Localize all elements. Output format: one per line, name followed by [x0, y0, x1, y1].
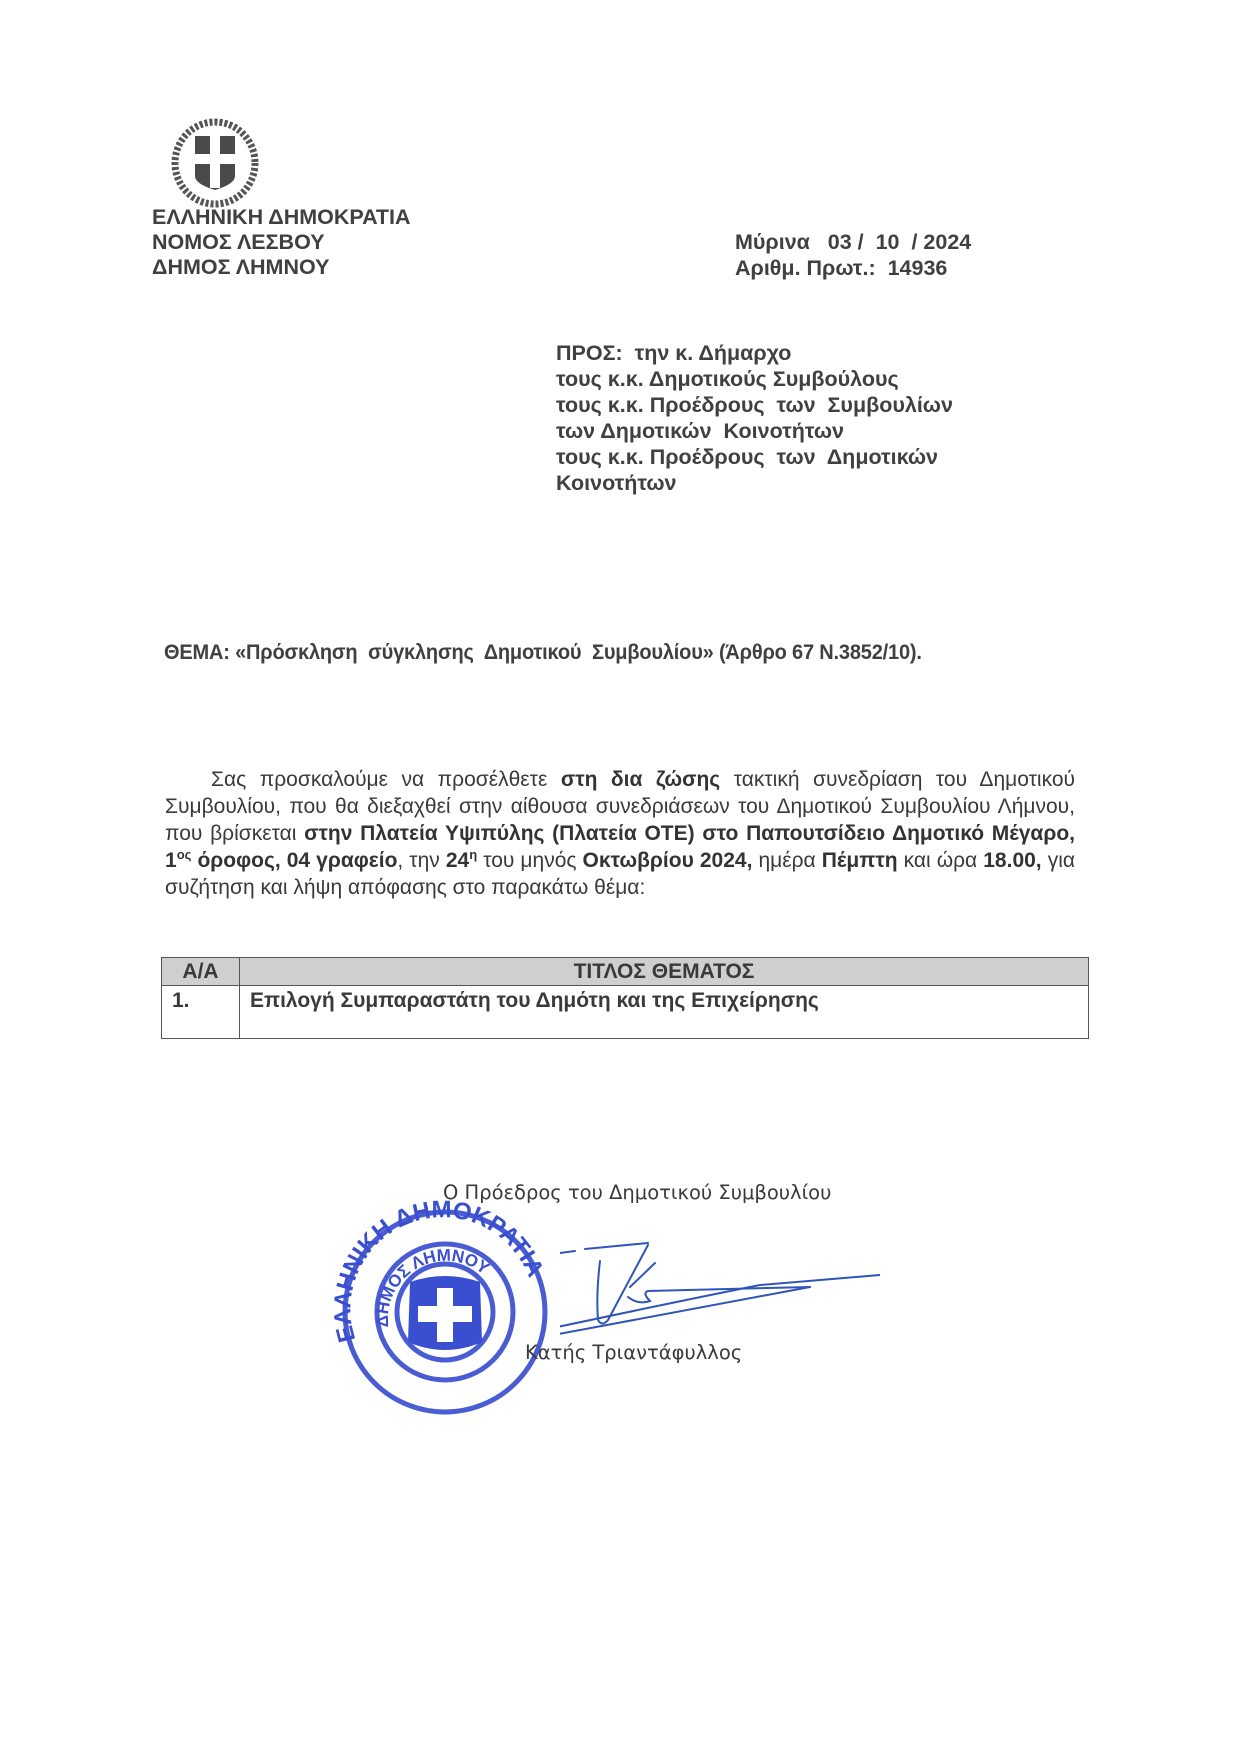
column-header-number: Α/Α: [162, 958, 240, 986]
body-text: και ώρα: [898, 849, 984, 872]
recipient-line: την κ. Δήμαρχο: [623, 341, 792, 365]
recipients-block: ΠΡΟΣ: την κ. Δήμαρχο τους κ.κ. Δημοτικού…: [556, 340, 953, 496]
meeting-day: 24: [446, 849, 469, 872]
handwritten-signature: [560, 1225, 880, 1335]
recipient-line: των Δημοτικών Κοινοτήτων: [556, 418, 953, 444]
greek-coat-of-arms-icon: [165, 118, 265, 208]
place-date: Μύρινα 03 / 10 / 2024: [735, 229, 971, 255]
signatory-name: Κατής Τριαντάφυλλος: [525, 1341, 742, 1364]
invitation-paragraph: Σας προσκαλούμε να προσέλθετε στη δια ζώ…: [165, 766, 1075, 901]
recipient-line: τους κ.κ. Δημοτικούς Συμβούλους: [556, 366, 953, 392]
topic-number: 1.: [162, 986, 240, 1039]
meeting-weekday: Πέμπτη: [822, 849, 898, 872]
issuer-block: ΕΛΛΗΝΙΚΗ ΔΗΜΟΚΡΑΤΙΑ ΝΟΜΟΣ ΛΕΣΒΟΥ ΔΗΜΟΣ Λ…: [152, 205, 411, 280]
meeting-floor-office: όροφος, 04 γραφείο: [191, 849, 397, 872]
recipient-line: τους κ.κ. Προέδρους των Δημοτικών: [556, 444, 953, 470]
body-emphasis: στη δια ζώσης: [561, 768, 720, 791]
body-text: Σας προσκαλούμε να προσέλθετε: [211, 768, 561, 791]
issuer-line: ΕΛΛΗΝΙΚΗ ΔΗΜΟΚΡΑΤΙΑ: [152, 205, 411, 230]
issuer-line: ΝΟΜΟΣ ΛΕΣΒΟΥ: [152, 230, 411, 255]
protocol-number: Αριθμ. Πρωτ.: 14936: [735, 255, 971, 281]
topic-title: Επιλογή Συμπαραστάτη του Δημότη και της …: [240, 986, 1089, 1039]
recipient-line: τους κ.κ. Προέδρους των Συμβουλίων: [556, 392, 953, 418]
meeting-month-year: Οκτωβρίου 2024,: [583, 849, 753, 872]
date-protocol-block: Μύρινα 03 / 10 / 2024 Αριθμ. Πρωτ.: 1493…: [735, 229, 971, 281]
subject-line: ΘΕΜΑ: «Πρόσκληση σύγκλησης Δημοτικού Συμ…: [164, 640, 922, 665]
body-text: του μηνός: [477, 849, 582, 872]
ordinal-suffix: η: [469, 847, 477, 862]
column-header-title: ΤΙΤΛΟΣ ΘΕΜΑΤΟΣ: [240, 958, 1089, 986]
recipients-label: ΠΡΟΣ:: [556, 341, 623, 365]
municipal-stamp-icon: ΕΛΛΗΝΙΚΗ ΔΗΜΟΚΡΑΤΙΑ ΔΗΜΟΣ ΛΗΜΝΟΥ: [330, 1200, 560, 1420]
topics-table: Α/Α ΤΙΤΛΟΣ ΘΕΜΑΤΟΣ 1. Επιλογή Συμπαραστά…: [161, 957, 1089, 1039]
issuer-line: ΔΗΜΟΣ ΛΗΜΝΟΥ: [152, 255, 411, 280]
body-text: ημέρα: [752, 849, 821, 872]
table-row: 1. Επιλογή Συμπαραστάτη του Δημότη και τ…: [162, 986, 1089, 1039]
recipient-line: Κοινοτήτων: [556, 470, 953, 496]
table-header-row: Α/Α ΤΙΤΛΟΣ ΘΕΜΑΤΟΣ: [162, 958, 1089, 986]
body-text: , την: [397, 849, 445, 872]
ordinal-suffix: ος: [177, 847, 192, 862]
meeting-time: 18.00,: [983, 849, 1041, 872]
